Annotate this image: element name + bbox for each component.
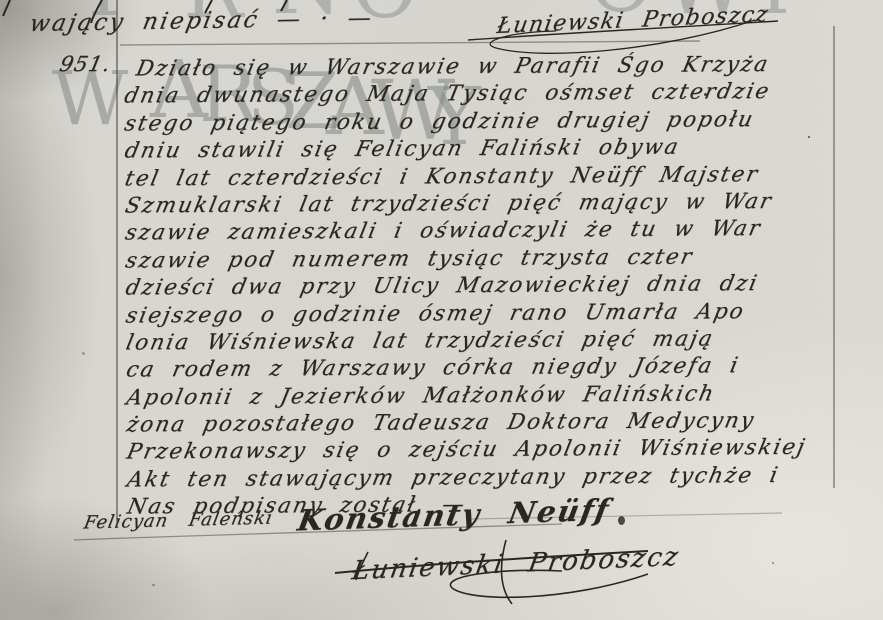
record-text-block: Działo się w Warszawie w Parafii Śgo Krz…	[124, 52, 843, 523]
priest-signature-bottom: Łuniewski Proboszcz	[352, 542, 681, 586]
ink-speck	[808, 136, 810, 138]
ink-speck	[772, 562, 774, 564]
ink-speck	[618, 516, 625, 525]
scanned-register-page: PRNOOWY WARSZAWY wający niepisać — · — Ł…	[0, 0, 883, 620]
ink-speck	[82, 352, 85, 355]
left-margin-rule	[116, 0, 118, 522]
priest-signature-top: Łuniewski Proboszcz	[497, 2, 770, 39]
record-number: 951.	[60, 52, 111, 76]
ink-speck	[704, 93, 707, 96]
previous-record-text: wający niepisać — · —	[27, 5, 375, 37]
ink-speck	[152, 584, 155, 586]
previous-record-ending: wający niepisać — · —	[30, 5, 374, 37]
witness-signature-falenski: Felicyan Faleński	[84, 508, 273, 534]
